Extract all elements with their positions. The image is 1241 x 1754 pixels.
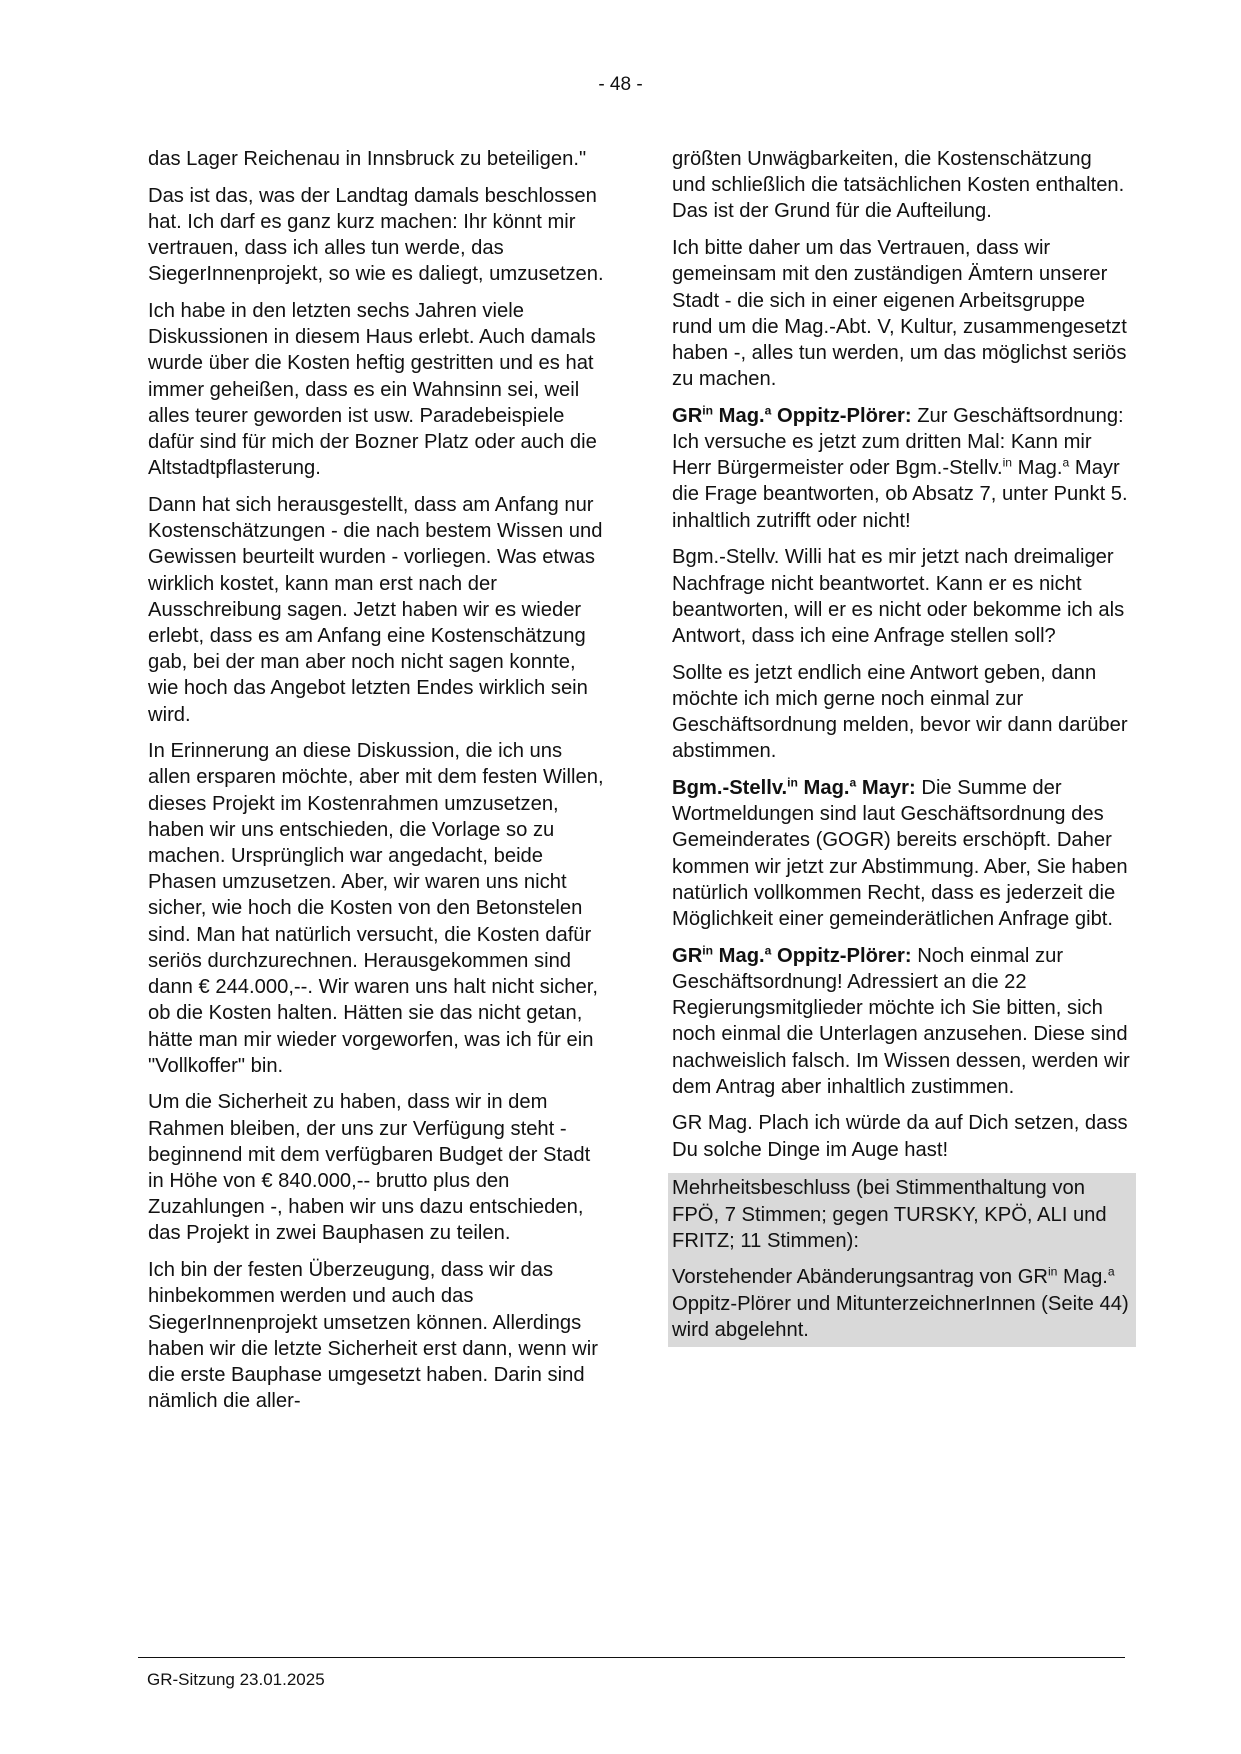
- paragraph: Ich bitte daher um das Vertrauen, dass w…: [672, 235, 1130, 392]
- page-number: - 48 -: [0, 72, 1241, 98]
- speaker-name: GRin Mag.a Oppitz-Plörer:: [672, 945, 912, 967]
- decision-text: Vorstehender Abänderungsantrag von GRin …: [672, 1264, 1130, 1343]
- paragraph: Ich bin der festen Überzeugung, dass wir…: [148, 1257, 606, 1414]
- speech-mayr: Bgm.-Stellv.in Mag.a Mayr: Die Summe der…: [672, 775, 1130, 932]
- paragraph: das Lager Reichenau in Innsbruck zu bete…: [148, 146, 606, 172]
- paragraph: Das ist das, was der Landtag damals besc…: [148, 183, 606, 288]
- speaker-name: GRin Mag.a Oppitz-Plörer:: [672, 405, 912, 427]
- footer-session-date: GR-Sitzung 23.01.2025: [147, 1669, 325, 1691]
- left-column: das Lager Reichenau in Innsbruck zu bete…: [148, 146, 606, 1425]
- right-column: größten Unwägbarkeiten, die Kostenschätz…: [672, 146, 1130, 1347]
- speech-oppitz-ploerer-2: GRin Mag.a Oppitz-Plörer: Noch einmal zu…: [672, 943, 1130, 1100]
- paragraph: Dann hat sich herausgestellt, dass am An…: [148, 492, 606, 728]
- decision-box: Mehrheitsbeschluss (bei Stimmenthaltung …: [668, 1173, 1136, 1347]
- paragraph: GR Mag. Plach ich würde da auf Dich setz…: [672, 1110, 1130, 1162]
- paragraph: Sollte es jetzt endlich eine Antwort geb…: [672, 660, 1130, 765]
- vote-result: Mehrheitsbeschluss (bei Stimmenthaltung …: [672, 1175, 1130, 1254]
- paragraph: Ich habe in den letzten sechs Jahren vie…: [148, 298, 606, 481]
- paragraph: Um die Sicherheit zu haben, dass wir in …: [148, 1089, 606, 1246]
- paragraph: Bgm.-Stellv. Willi hat es mir jetzt nach…: [672, 544, 1130, 649]
- speaker-name: Bgm.-Stellv.in Mag.a Mayr:: [672, 777, 916, 799]
- footer-divider: [138, 1657, 1125, 1658]
- paragraph: größten Unwägbarkeiten, die Kostenschätz…: [672, 146, 1130, 225]
- speech-oppitz-ploerer-1: GRin Mag.a Oppitz-Plörer: Zur Geschäftso…: [672, 403, 1130, 534]
- paragraph: In Erinnerung an diese Diskussion, die i…: [148, 738, 606, 1079]
